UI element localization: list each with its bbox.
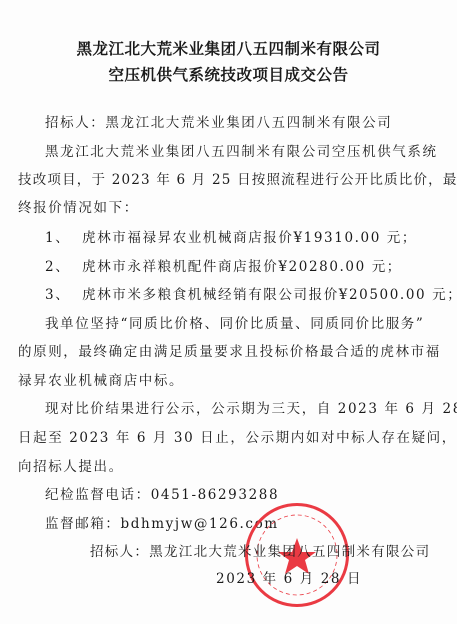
paragraph-1-line-2: 技改项目，于 2023 年 6 月 25 日按照流程进行公开比质比价，最	[18, 168, 457, 188]
quote-text: 虎林市永祥粮机配件商店报价¥20280.00 元；	[82, 259, 402, 275]
document-title-line2: 空压机供气系统技改项目成交公告	[0, 63, 457, 85]
tenderer-line: 招标人：黑龙江北大荒米业集团八五四制米有限公司	[45, 111, 392, 131]
quote-index: 1、	[45, 230, 70, 246]
paragraph-2-line-2: 的原则，最终确定由满足质量要求且投标价格最合适的虎林市福	[18, 340, 441, 360]
quote-index: 2、	[45, 259, 70, 275]
quote-text: 虎林市米多粮食机械经销有限公司报价¥20500.00 元；	[82, 287, 457, 303]
quote-item: 2、 虎林市永祥粮机配件商店报价¥20280.00 元；	[45, 255, 402, 275]
paragraph-3-line-3: 向招标人提出。	[18, 455, 124, 475]
paragraph-2-line-1: 我单位坚持“同质比价格、同价比质量、同质同价比服务”	[45, 312, 424, 332]
paragraph-1-line-3: 终报价情况如下：	[18, 196, 139, 216]
signature-date: 2023 年 6 月 28 日	[216, 567, 362, 587]
paragraph-1-line-1: 黑龙江北大荒米业集团八五四制米有限公司空压机供气系统	[45, 140, 438, 160]
supervision-phone: 纪检监督电话：0451-86293288	[45, 483, 279, 503]
paragraph-3-line-1: 现对比价结果进行公示，公示期为三天，自 2023 年 6 月 28	[45, 397, 457, 417]
document-title-line1: 黑龙江北大荒米业集团八五四制米有限公司	[0, 37, 457, 59]
signature-tenderer: 招标人：黑龙江北大荒米业集团八五四制米有限公司	[90, 540, 430, 560]
quote-item: 3、 虎林市米多粮食机械经销有限公司报价¥20500.00 元；	[45, 283, 457, 303]
quote-item: 1、 虎林市福禄昇农业机械商店报价¥19310.00 元；	[45, 226, 417, 246]
quote-text: 虎林市福禄昇农业机械商店报价¥19310.00 元；	[82, 230, 417, 246]
paragraph-3-line-2: 日起至 2023 年 6 月 30 日止，公示期内如对中标人存在疑问，可	[18, 426, 457, 446]
paragraph-2-line-3: 禄昇农业机械商店中标。	[18, 369, 184, 389]
supervision-email: 监督邮箱：bdhmyjw@126.com	[45, 512, 279, 532]
quote-index: 3、	[45, 287, 70, 303]
